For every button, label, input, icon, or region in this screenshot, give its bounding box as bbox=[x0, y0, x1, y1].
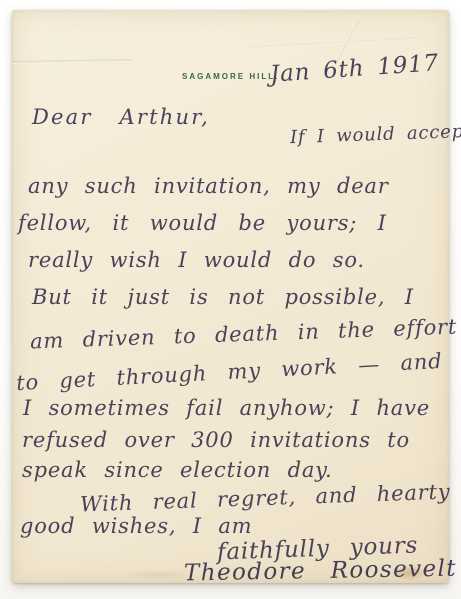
body-line: fellow, it would be yours; I bbox=[18, 213, 387, 234]
body-line: speak since election day. bbox=[22, 460, 333, 481]
body-line: I sometimes fail anyhow; I have bbox=[23, 398, 430, 419]
body-line: am driven to death in the effort bbox=[30, 317, 458, 353]
salutation: Dear Arthur, bbox=[32, 107, 210, 128]
paper-stain bbox=[122, 570, 192, 580]
body-line: any such invitation, my dear bbox=[28, 176, 389, 197]
body-line: With real regret, and hearty bbox=[80, 482, 451, 516]
body-line: But it just is not possible, I bbox=[32, 287, 414, 308]
photo-background: SAGAMORE HILL. Jan 6th 1917 Dear Arthur,… bbox=[0, 0, 461, 599]
letterhead-sagamore-hill: SAGAMORE HILL. bbox=[182, 72, 279, 81]
body-line: refused over 300 invitations to bbox=[22, 430, 410, 451]
signature-theodore-roosevelt: Theodore Roosevelt bbox=[184, 558, 457, 586]
body-line: good wishes, I am bbox=[20, 516, 252, 537]
body-line: really wish I would do so. bbox=[28, 250, 365, 271]
paper-crease bbox=[250, 38, 420, 49]
body-line: to get through my work — and bbox=[16, 351, 443, 394]
body-line: If I would accept bbox=[290, 123, 461, 147]
paper-crease bbox=[12, 59, 132, 64]
letter-date: Jan 6th 1917 bbox=[269, 52, 439, 87]
letter-paper: SAGAMORE HILL. Jan 6th 1917 Dear Arthur,… bbox=[12, 10, 449, 583]
